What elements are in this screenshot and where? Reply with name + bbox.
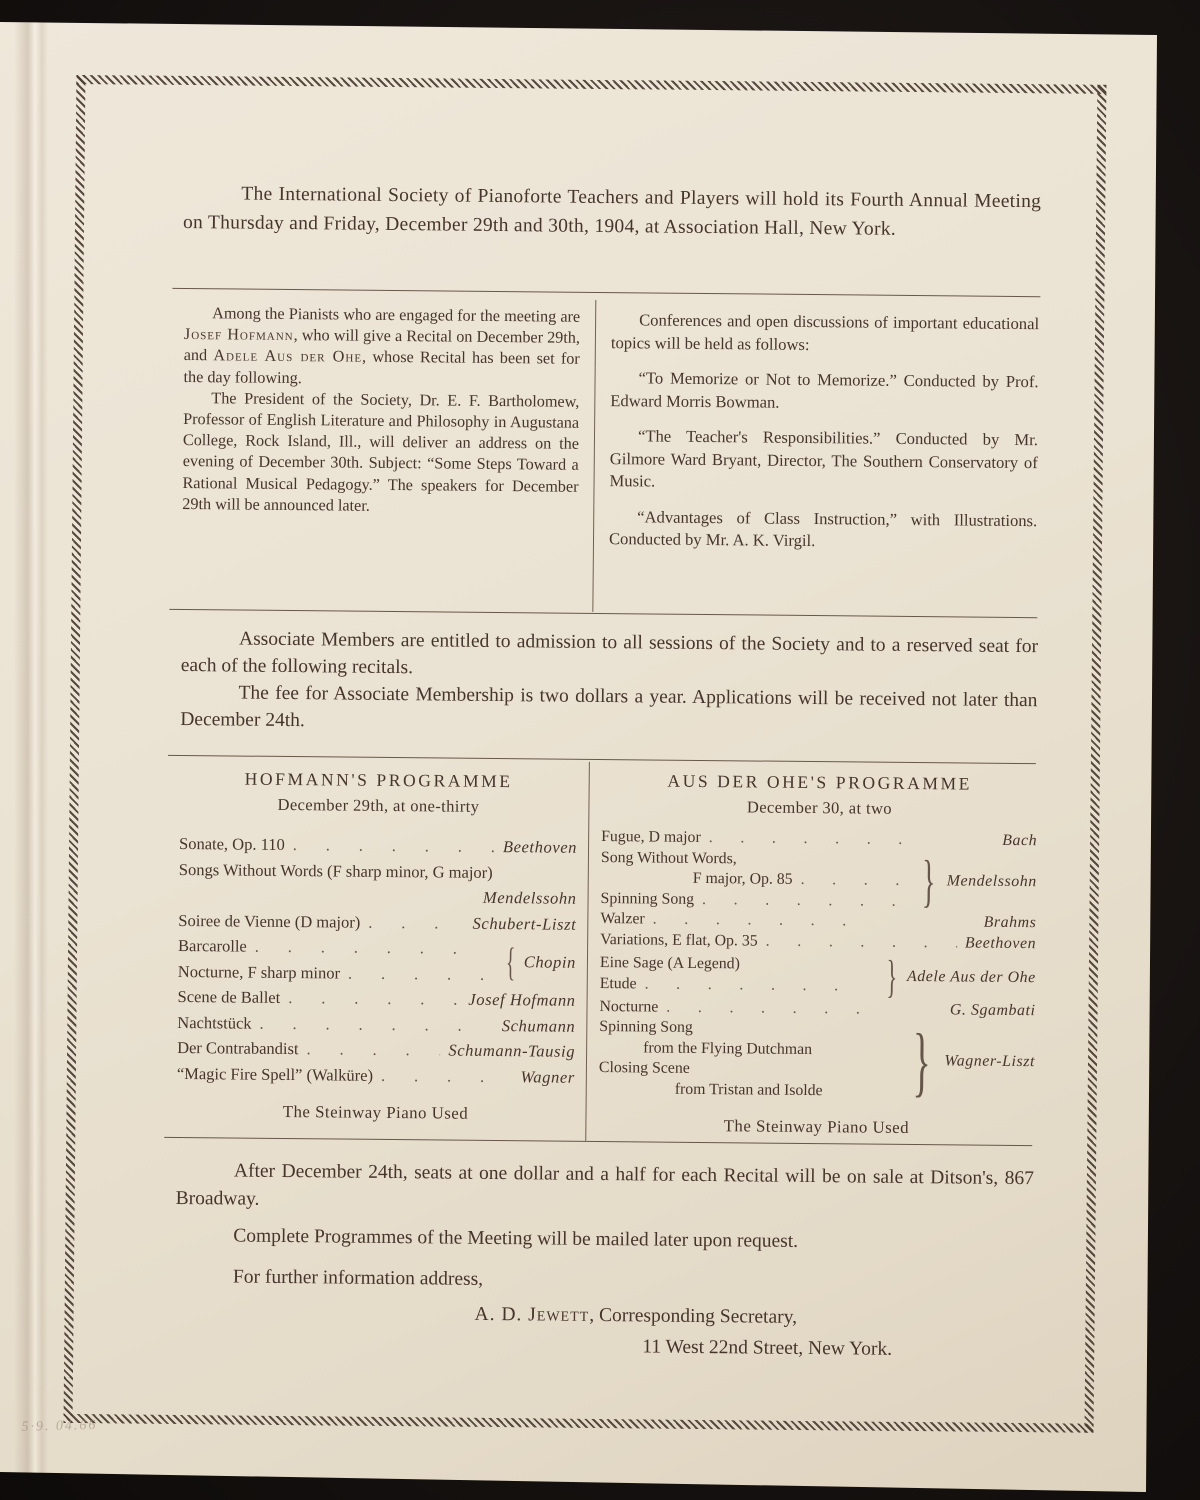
president-paragraph: The President of the Society, Dr. E. F. … bbox=[182, 388, 579, 519]
border-right bbox=[1084, 85, 1106, 1433]
piece-title: Closing Scene bbox=[599, 1058, 690, 1079]
name-adele-aus-der-ohe: Adele Aus der Ohe bbox=[213, 347, 362, 366]
name-josef-hofmann: Josef Hofmann bbox=[184, 325, 294, 344]
hofmann-programme-date: December 29th, at one-thirty bbox=[179, 794, 577, 818]
hofmann-programme: HOFMANN'S PROGRAMME December 29th, at on… bbox=[176, 768, 577, 1125]
dot-leader bbox=[766, 932, 958, 954]
dot-leader bbox=[368, 909, 465, 935]
group-lines: Eine Sage (A Legend) Etude bbox=[600, 953, 885, 997]
composer: Brahms bbox=[984, 913, 1037, 934]
programme-item: Eine Sage (A Legend) bbox=[600, 953, 885, 976]
associate-members-paragraph: Associate Members are entitled to admiss… bbox=[181, 625, 1038, 687]
programme-item: Barcarolle bbox=[178, 933, 505, 962]
border-top bbox=[76, 75, 1106, 94]
closing-section: After December 24th, seats at one dollar… bbox=[174, 1157, 1034, 1365]
piece-title: Sonate, Op. 110 bbox=[179, 831, 285, 858]
group-lines: Barcarolle Nocturne, F sharp minor bbox=[178, 933, 505, 987]
dot-leader bbox=[702, 890, 911, 913]
brace-glyph: { bbox=[505, 942, 515, 982]
further-information-paragraph: For further information address, bbox=[175, 1263, 1033, 1299]
piece-title: Nocturne, F sharp minor bbox=[178, 958, 340, 985]
membership-fee-paragraph: The fee for Associate Membership is two … bbox=[180, 679, 1037, 741]
programme-item-group: Eine Sage (A Legend) Etude } Adele Aus d… bbox=[600, 951, 1036, 1001]
composer: Schubert-Liszt bbox=[472, 910, 576, 936]
dot-leader bbox=[666, 997, 942, 1020]
programme-item: Der ContrabandistSchumann-Tausig bbox=[177, 1035, 575, 1064]
dot-leader bbox=[381, 1062, 513, 1089]
composer: Mendelssohn bbox=[483, 885, 577, 911]
composer: Chopin bbox=[524, 952, 576, 973]
piece-title: Scene de Ballet bbox=[177, 984, 280, 1010]
piece-title: “Magic Fire Spell” (Walküre) bbox=[177, 1060, 373, 1087]
tickets-paragraph: After December 24th, seats at one dollar… bbox=[176, 1157, 1034, 1221]
dot-leader bbox=[645, 974, 877, 997]
programme-item: Spinning Song bbox=[600, 889, 918, 913]
conferences-paragraph: Conferences and open discussions of impo… bbox=[611, 309, 1039, 358]
aus-der-ohe-programme: AUS DER OHE'S PROGRAMME December 30, at … bbox=[598, 770, 1037, 1139]
piece-title: Song Without Words, bbox=[601, 848, 737, 870]
programme-item: Spinning Song bbox=[599, 1017, 907, 1041]
group-lines: Song Without Words, F major, Op. 85 Spin… bbox=[600, 848, 919, 913]
programmes-mailed-paragraph: Complete Programmes of the Meeting will … bbox=[175, 1222, 1033, 1258]
page-content: The International Society of Pianoforte … bbox=[0, 0, 1200, 1500]
dot-leader bbox=[259, 1010, 493, 1038]
hofmann-programme-title: HOFMANN'S PROGRAMME bbox=[180, 768, 578, 793]
piece-title: Soiree de Vienne (D major) bbox=[178, 907, 360, 934]
aus-der-ohe-programme-date: December 30, at two bbox=[601, 796, 1037, 820]
programme-item: Soiree de Vienne (D major)Schubert-Liszt bbox=[178, 907, 576, 936]
piece-title: Fugue, D major bbox=[601, 827, 701, 849]
programme-item: Etude bbox=[600, 974, 885, 997]
piece-title: from Tristan and Isolde bbox=[599, 1079, 823, 1102]
piece-title: Etude bbox=[600, 974, 637, 995]
piece-title: F major, Op. 85 bbox=[601, 868, 793, 890]
composer: Schumann-Tausig bbox=[448, 1038, 575, 1065]
secretary-name: A. D. Jewett bbox=[474, 1304, 589, 1326]
column-left: Among the Pianists who are engaged for t… bbox=[182, 303, 580, 519]
programme-item-group: Barcarolle Nocturne, F sharp minor { Cho… bbox=[178, 933, 576, 988]
topic-memorize: “To Memorize or Not to Memorize.” Conduc… bbox=[610, 367, 1038, 416]
programme-item: from Tristan and Isolde bbox=[599, 1079, 907, 1103]
composer: Bach bbox=[1002, 831, 1037, 852]
composer: Wagner-Liszt bbox=[944, 1053, 1035, 1072]
programme-item: Nocturne, F sharp minor bbox=[178, 958, 505, 987]
text-segment: Among the Pianists who are engaged for t… bbox=[212, 304, 580, 326]
piece-title: Nachtstück bbox=[177, 1009, 251, 1035]
aus-der-ohe-programme-title: AUS DER OHE'S PROGRAMME bbox=[602, 770, 1038, 795]
composer: Wagner bbox=[520, 1064, 575, 1090]
piece-title: Walzer bbox=[600, 909, 645, 930]
piece-title: from the Flying Dutchman bbox=[599, 1038, 812, 1061]
aus-der-ohe-piece-list: Fugue, D majorBach Song Without Words, F… bbox=[599, 827, 1038, 1104]
composer: Josef Hofmann bbox=[468, 987, 575, 1014]
membership-section: Associate Members are entitled to admiss… bbox=[180, 625, 1038, 741]
brace-glyph: } bbox=[922, 853, 936, 911]
scanned-program-page: { "glyphs": { "brace_left": "{", "brace_… bbox=[0, 0, 1200, 1500]
dot-leader bbox=[653, 910, 976, 934]
piece-title: Songs Without Words (F sharp minor, G ma… bbox=[179, 856, 493, 885]
programme-item: Songs Without Words (F sharp minor, G ma… bbox=[179, 856, 577, 885]
programme-item: Scene de BalletJosef Hofmann bbox=[177, 984, 575, 1013]
piece-title: Eine Sage (A Legend) bbox=[600, 953, 740, 975]
dot-leader bbox=[801, 870, 912, 892]
programme-item: Mendelssohn bbox=[178, 882, 576, 911]
secretary-role: , Corresponding Secretary, bbox=[589, 1305, 797, 1328]
group-lines: Spinning Song from the Flying Dutchman C… bbox=[599, 1017, 908, 1102]
topic-class-instruction: “Advantages of Class Instruction,” with … bbox=[609, 506, 1037, 555]
dot-leader bbox=[255, 934, 497, 962]
piece-title: Spinning Song bbox=[599, 1017, 693, 1038]
programme-item: from the Flying Dutchman bbox=[599, 1038, 907, 1062]
border-left bbox=[64, 75, 86, 1423]
steinway-note: The Steinway Piano Used bbox=[176, 1101, 574, 1125]
dot-leader bbox=[306, 1036, 440, 1063]
programme-item: “Magic Fire Spell” (Walküre)Wagner bbox=[177, 1060, 575, 1089]
composer: Beethoven bbox=[503, 834, 577, 860]
dot-leader bbox=[293, 832, 495, 859]
secretary-signature: A. D. Jewett, Corresponding Secretary, bbox=[474, 1301, 1032, 1334]
brace-glyph: } bbox=[886, 953, 897, 999]
programme-item: WalzerBrahms bbox=[600, 909, 1036, 934]
piece-title: Der Contrabandist bbox=[177, 1035, 299, 1062]
secretary-address: 11 West 22nd Street, New York. bbox=[642, 1333, 1032, 1365]
programme-item-group: Song Without Words, F major, Op. 85 Spin… bbox=[600, 848, 1037, 914]
composer: Mendelssohn bbox=[947, 873, 1037, 892]
dot-leader bbox=[288, 985, 460, 1012]
piece-title: Variations, E flat, Op. 35 bbox=[600, 930, 758, 952]
hofmann-piece-list: Sonate, Op. 110Beethoven Songs Without W… bbox=[177, 831, 577, 1090]
topic-responsibilities: “The Teacher's Responsibilities.” Conduc… bbox=[609, 425, 1038, 497]
brace-glyph: } bbox=[912, 1022, 931, 1100]
intro-paragraph: The International Society of Pianoforte … bbox=[183, 179, 1042, 245]
piece-title: Spinning Song bbox=[600, 889, 694, 910]
composer: Adele Aus der Ohe bbox=[907, 968, 1036, 987]
pianists-paragraph: Among the Pianists who are engaged for t… bbox=[183, 303, 580, 392]
piece-title: Barcarolle bbox=[178, 933, 247, 959]
composer: Beethoven bbox=[965, 933, 1036, 954]
dot-leader bbox=[709, 828, 995, 851]
border-bottom bbox=[64, 1414, 1094, 1433]
programme-item: NachtstückSchumann bbox=[177, 1009, 575, 1038]
programme-item: Variations, E flat, Op. 35Beethoven bbox=[600, 930, 1036, 955]
programme-item: Sonate, Op. 110Beethoven bbox=[179, 831, 577, 860]
composer: G. Sgambati bbox=[950, 1000, 1036, 1021]
dot-leader bbox=[348, 960, 497, 987]
programme-item: Closing Scene bbox=[599, 1058, 907, 1082]
steinway-note: The Steinway Piano Used bbox=[598, 1115, 1034, 1139]
programme-item-group: Spinning Song from the Flying Dutchman C… bbox=[599, 1017, 1036, 1104]
piece-title: Nocturne bbox=[599, 997, 658, 1018]
pencil-annotation: 5·9. 04.66 bbox=[21, 1418, 97, 1436]
column-right: Conferences and open discussions of impo… bbox=[609, 309, 1039, 568]
composer: Schumann bbox=[502, 1013, 576, 1039]
